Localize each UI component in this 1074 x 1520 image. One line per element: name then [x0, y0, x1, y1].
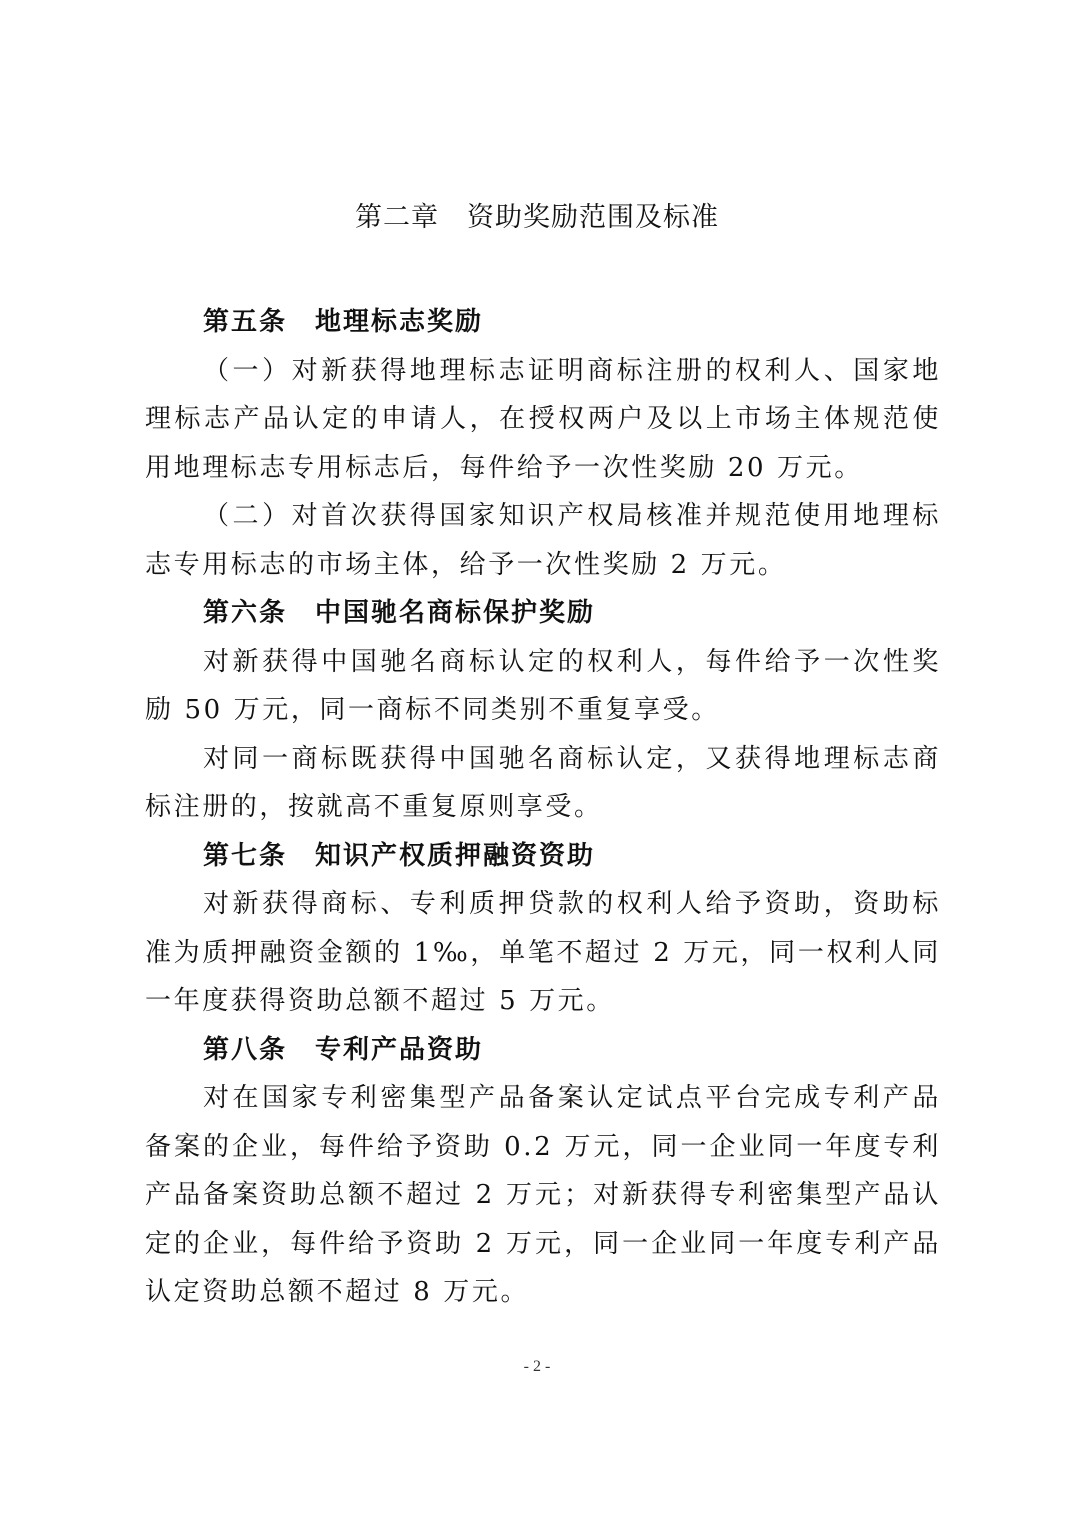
paragraph: 对新获得中国驰名商标认定的权利人，每件给予一次性奖励 50 万元，同一商标不同类…: [145, 638, 941, 735]
document-body: 第五条 地理标志奖励 （一）对新获得地理标志证明商标注册的权利人、国家地理标志产…: [145, 298, 941, 1317]
document-page: 第二章 资助奖励范围及标准 第五条 地理标志奖励 （一）对新获得地理标志证明商标…: [0, 0, 1074, 1520]
article-5: 第五条 地理标志奖励 （一）对新获得地理标志证明商标注册的权利人、国家地理标志产…: [145, 298, 941, 589]
chapter-title: 第二章 资助奖励范围及标准: [0, 198, 1074, 238]
paragraph: 对同一商标既获得中国驰名商标认定，又获得地理标志商标注册的，按就高不重复原则享受…: [145, 735, 941, 832]
article-8: 第八条 专利产品资助 对在国家专利密集型产品备案认定试点平台完成专利产品备案的企…: [145, 1026, 941, 1317]
article-7: 第七条 知识产权质押融资资助 对新获得商标、专利质押贷款的权利人给予资助，资助标…: [145, 832, 941, 1026]
article-heading: 第六条 中国驰名商标保护奖励: [145, 589, 941, 638]
article-heading: 第八条 专利产品资助: [145, 1026, 941, 1075]
article-6: 第六条 中国驰名商标保护奖励 对新获得中国驰名商标认定的权利人，每件给予一次性奖…: [145, 589, 941, 832]
paragraph: （一）对新获得地理标志证明商标注册的权利人、国家地理标志产品认定的申请人，在授权…: [145, 347, 941, 493]
paragraph: 对在国家专利密集型产品备案认定试点平台完成专利产品备案的企业，每件给予资助 0.…: [145, 1074, 941, 1317]
page-number: - 2 -: [0, 1358, 1074, 1376]
paragraph: 对新获得商标、专利质押贷款的权利人给予资助，资助标准为质押融资金额的 1‰，单笔…: [145, 880, 941, 1026]
article-heading: 第七条 知识产权质押融资资助: [145, 832, 941, 881]
paragraph: （二）对首次获得国家知识产权局核准并规范使用地理标志专用标志的市场主体，给予一次…: [145, 492, 941, 589]
article-heading: 第五条 地理标志奖励: [145, 298, 941, 347]
